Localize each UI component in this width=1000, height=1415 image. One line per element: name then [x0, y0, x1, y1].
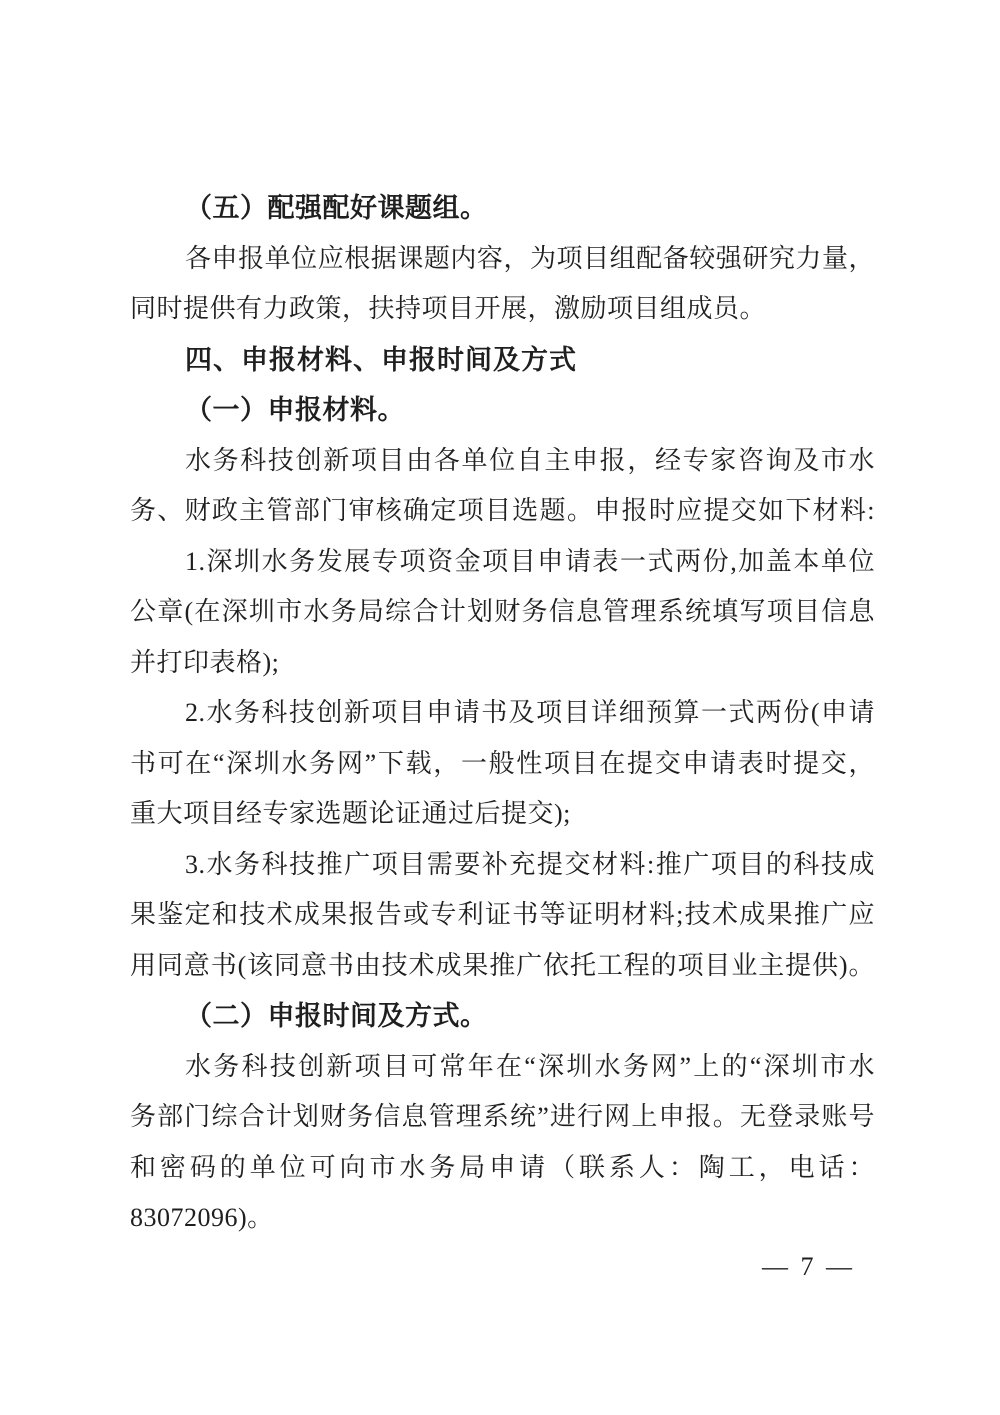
document-page: （五）配强配好课题组。 各申报单位应根据课题内容，为项目组配备较强研究力量， 同…: [0, 0, 1000, 1415]
heading-section-5: （五）配强配好课题组。: [130, 183, 875, 234]
page-number: — 7 —: [762, 1249, 855, 1285]
paragraph-line: 2.水务科技创新项目申请书及项目详细预算一式两份(申请: [130, 688, 875, 739]
paragraph-line: 务部门综合计划财务信息管理系统”进行网上申报。无登录账号: [130, 1092, 875, 1143]
paragraph-line: 并打印表格);: [130, 638, 875, 689]
paragraph-line: 1.深圳水务发展专项资金项目申请表一式两份,加盖本单位: [130, 537, 875, 588]
paragraph-line: 水务科技创新项目由各单位自主申报，经专家咨询及市水: [130, 436, 875, 487]
paragraph-line: 重大项目经专家选题论证通过后提交);: [130, 789, 875, 840]
paragraph-line: 各申报单位应根据课题内容，为项目组配备较强研究力量，: [130, 234, 875, 285]
paragraph-line: 用同意书(该同意书由技术成果推广依托工程的项目业主提供)。: [130, 941, 875, 992]
paragraph-line: 公章(在深圳市水务局综合计划财务信息管理系统填写项目信息: [130, 587, 875, 638]
paragraph-line: 水务科技创新项目可常年在“深圳水务网”上的“深圳市水: [130, 1042, 875, 1093]
heading-section-1: （一）申报材料。: [130, 385, 875, 436]
paragraph-line: 和密码的单位可向市水务局申请（联系人：陶工，电话：: [130, 1143, 875, 1194]
paragraph-line: 书可在“深圳水务网”下载，一般性项目在提交申请表时提交，: [130, 739, 875, 790]
paragraph-line: 83072096)。: [130, 1193, 875, 1244]
heading-section-2: （二）申报时间及方式。: [130, 991, 875, 1042]
paragraph-line: 务、财政主管部门审核确定项目选题。申报时应提交如下材料:: [130, 486, 875, 537]
document-body: （五）配强配好课题组。 各申报单位应根据课题内容，为项目组配备较强研究力量， 同…: [130, 183, 875, 1244]
paragraph-line: 同时提供有力政策，扶持项目开展，激励项目组成员。: [130, 284, 875, 335]
paragraph-line: 3.水务科技推广项目需要补充提交材料:推广项目的科技成: [130, 840, 875, 891]
paragraph-line: 果鉴定和技术成果报告或专利证书等证明材料;技术成果推广应: [130, 890, 875, 941]
heading-chapter-4: 四、申报材料、申报时间及方式: [130, 335, 875, 386]
